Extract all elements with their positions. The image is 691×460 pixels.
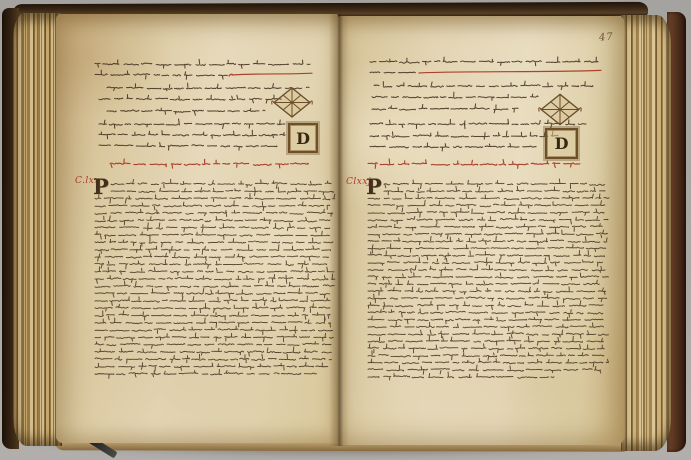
cadel-knot-icon [537,92,583,127]
folio-number: 47 [599,31,615,43]
right-page-edge-stack [621,15,671,451]
gutter-shadow [329,14,349,446]
left-page-edge-stack [13,13,62,446]
manuscript-photo: 47 C.lxx Clxxj P P D D [0,0,691,460]
left-text-initial: P [93,174,109,199]
right-boxed-initial-D: D [545,128,578,159]
right-text-initial: P [366,174,382,199]
left-page [56,14,338,443]
left-boxed-initial-D: D [288,123,318,153]
cadel-knot-icon [270,86,314,119]
right-page [338,16,624,445]
